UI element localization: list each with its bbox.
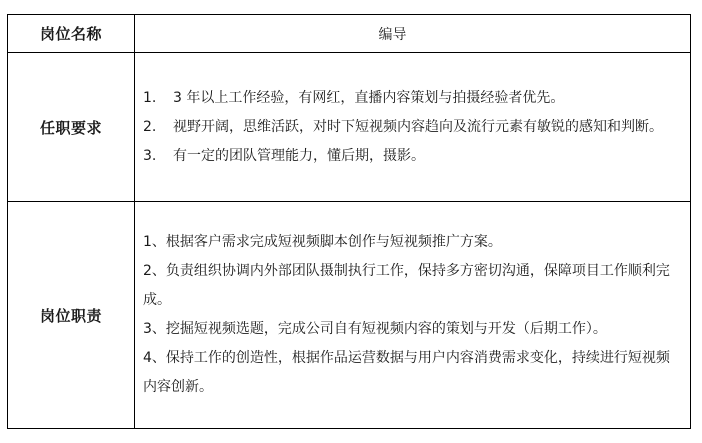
duty-item: 4、保持工作的创造性，根据作品运营数据与用户内容消费需求变化，持续进行短视频内容… bbox=[143, 344, 680, 402]
requirement-text: 视野开阔，思维活跃，对时下短视频内容趋向及流行元素有敏锐的感知和判断。 bbox=[173, 113, 680, 142]
duties-list: 1、根据客户需求完成短视频脚本创作与短视频推广方案。 2、负责组织协调内外部团队… bbox=[135, 224, 690, 406]
duties-row: 岗位职责 1、根据客户需求完成短视频脚本创作与短视频推广方案。 2、负责组织协调… bbox=[8, 202, 691, 429]
duty-item: 1、根据客户需求完成短视频脚本创作与短视频推广方案。 bbox=[143, 228, 680, 257]
position-name-row: 岗位名称 编导 bbox=[8, 15, 691, 53]
requirements-label: 任职要求 bbox=[8, 53, 135, 202]
duties-label: 岗位职责 bbox=[8, 202, 135, 429]
requirements-cell: 1. 3 年以上工作经验，有网红，直播内容策划与拍摄经验者优先。 2. 视野开阔… bbox=[135, 53, 691, 202]
requirements-row: 任职要求 1. 3 年以上工作经验，有网红，直播内容策划与拍摄经验者优先。 2.… bbox=[8, 53, 691, 202]
duty-item: 2、负责组织协调内外部团队摄制执行工作，保持多方密切沟通，保障项目工作顺利完成。 bbox=[143, 257, 680, 315]
duty-item: 3、挖掘短视频选题，完成公司自有短视频内容的策划与开发（后期工作）。 bbox=[143, 315, 680, 344]
requirement-text: 有一定的团队管理能力，懂后期，摄影。 bbox=[173, 142, 680, 171]
position-name-value: 编导 bbox=[135, 15, 691, 53]
requirement-item: 2. 视野开阔，思维活跃，对时下短视频内容趋向及流行元素有敏锐的感知和判断。 bbox=[143, 113, 680, 142]
requirement-number: 2. bbox=[143, 113, 173, 142]
requirement-text: 3 年以上工作经验，有网红，直播内容策划与拍摄经验者优先。 bbox=[173, 84, 680, 113]
requirement-number: 1. bbox=[143, 84, 173, 113]
duties-cell: 1、根据客户需求完成短视频脚本创作与短视频推广方案。 2、负责组织协调内外部团队… bbox=[135, 202, 691, 429]
requirement-item: 1. 3 年以上工作经验，有网红，直播内容策划与拍摄经验者优先。 bbox=[143, 84, 680, 113]
requirement-number: 3. bbox=[143, 142, 173, 171]
requirements-list: 1. 3 年以上工作经验，有网红，直播内容策划与拍摄经验者优先。 2. 视野开阔… bbox=[135, 80, 690, 175]
position-name-label: 岗位名称 bbox=[8, 15, 135, 53]
job-description-table: 岗位名称 编导 任职要求 1. 3 年以上工作经验，有网红，直播内容策划与拍摄经… bbox=[7, 14, 691, 429]
requirement-item: 3. 有一定的团队管理能力，懂后期，摄影。 bbox=[143, 142, 680, 171]
